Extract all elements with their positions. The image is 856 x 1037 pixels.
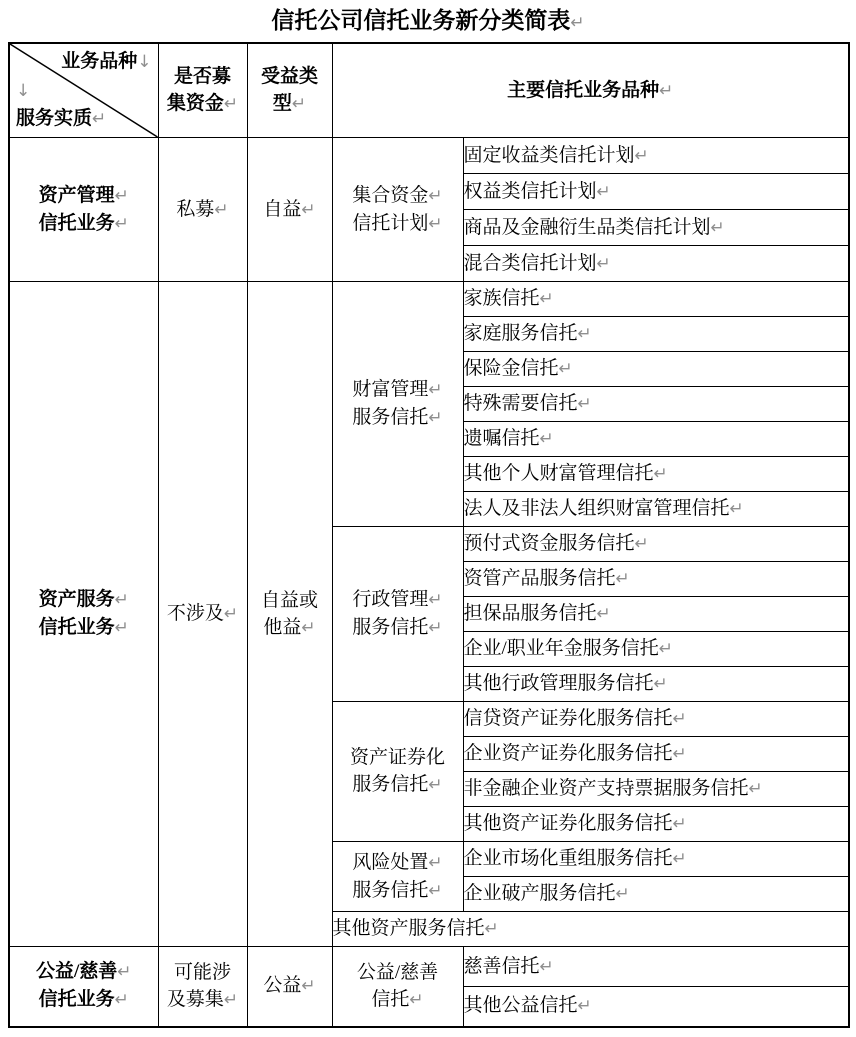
paragraph-mark: ↵ bbox=[428, 214, 442, 234]
item-cell: 预付式资金服务信托↵ bbox=[463, 527, 849, 562]
group-cell-asset-securitization: 资产证券化 服务信托↵ bbox=[332, 702, 463, 842]
header-fundraising: 是否募 集资金↵ bbox=[158, 43, 247, 138]
item-cell: 信贷资产证券化服务信托↵ bbox=[463, 702, 849, 737]
group-cell-risk-disposal: 风险处置↵ 服务信托↵ bbox=[332, 842, 463, 912]
fundraising-cell: 可能涉 及募集↵ bbox=[158, 947, 247, 1027]
paragraph-mark: ↵ bbox=[224, 604, 238, 624]
paragraph-mark: ↵ bbox=[540, 289, 554, 309]
paragraph-mark: ↵ bbox=[616, 884, 630, 904]
group-cell-wealth-management: 财富管理↵ 服务信托↵ bbox=[332, 282, 463, 527]
paragraph-mark: ↵ bbox=[115, 990, 129, 1010]
paragraph-mark: ↵ bbox=[224, 990, 238, 1010]
paragraph-mark: ↵ bbox=[428, 775, 442, 795]
corner-bottom-label: 服务实质↵ bbox=[16, 105, 106, 133]
paragraph-mark: ↵ bbox=[635, 146, 649, 166]
group-cell-charitable-trust: 公益/慈善 信托↵ bbox=[332, 947, 463, 1027]
item-cell: 慈善信托↵ bbox=[463, 947, 849, 987]
paragraph-mark: ↵ bbox=[115, 186, 129, 206]
paragraph-mark: ↵ bbox=[115, 618, 129, 638]
paragraph-mark: ↵ bbox=[570, 13, 584, 33]
benefit-type-cell: 自益或 他益↵ bbox=[247, 282, 332, 947]
item-cell: 其他资产证券化服务信托↵ bbox=[463, 807, 849, 842]
paragraph-mark: ↵ bbox=[428, 618, 442, 638]
paragraph-mark: ↵ bbox=[749, 779, 763, 799]
cell-other-asset-service-trust: 其他资产服务信托↵ bbox=[332, 912, 849, 947]
paragraph-mark: ↵ bbox=[578, 996, 592, 1016]
group-cell-administrative-service: 行政管理↵ 服务信托↵ bbox=[332, 527, 463, 702]
item-cell: 企业市场化重组服务信托↵ bbox=[463, 842, 849, 877]
paragraph-mark: ↵ bbox=[597, 604, 611, 624]
fundraising-cell: 不涉及↵ bbox=[158, 282, 247, 947]
header-row: 业务品种↓ ↓ 服务实质↵ 是否募 集资金↵ 受益类 型↵ 主要信托业务品种↵ bbox=[9, 43, 849, 138]
item-cell: 权益类信托计划↵ bbox=[463, 174, 849, 210]
document-title-text: 信托公司信托业务新分类简表 bbox=[271, 8, 570, 34]
paragraph-mark: ↵ bbox=[117, 962, 131, 982]
paragraph-mark: ↵ bbox=[635, 534, 649, 554]
paragraph-mark: ↵ bbox=[673, 744, 687, 764]
paragraph-mark: ↵ bbox=[673, 709, 687, 729]
item-cell: 其他行政管理服务信托↵ bbox=[463, 667, 849, 702]
paragraph-mark: ↵ bbox=[654, 464, 668, 484]
item-cell: 遗嘱信托↵ bbox=[463, 422, 849, 457]
paragraph-mark: ↵ bbox=[597, 182, 611, 202]
paragraph-mark: ↵ bbox=[428, 380, 442, 400]
fundraising-cell: 私募↵ bbox=[158, 138, 247, 282]
item-cell: 其他个人财富管理信托↵ bbox=[463, 457, 849, 492]
document-page: 信托公司信托业务新分类简表↵ 业务品种↓ ↓ 服务实质↵ 是否募 集资金↵ 受益… bbox=[0, 0, 856, 1037]
document-title: 信托公司信托业务新分类简表↵ bbox=[0, 0, 856, 37]
category-cell-charitable: 公益/慈善↵ 信托业务↵ bbox=[9, 947, 158, 1027]
line-break-mark: ↓ bbox=[137, 52, 151, 72]
header-benefit-type: 受益类 型↵ bbox=[247, 43, 332, 138]
paragraph-mark: ↵ bbox=[730, 499, 744, 519]
item-cell: 混合类信托计划↵ bbox=[463, 246, 849, 282]
paragraph-mark: ↵ bbox=[597, 254, 611, 274]
category-cell-asset-management: 资产管理↵ 信托业务↵ bbox=[9, 138, 158, 282]
item-cell: 非金融企业资产支持票据服务信托↵ bbox=[463, 772, 849, 807]
item-cell: 固定收益类信托计划↵ bbox=[463, 138, 849, 174]
paragraph-mark: ↵ bbox=[540, 429, 554, 449]
item-cell: 家族信托↵ bbox=[463, 282, 849, 317]
paragraph-mark: ↵ bbox=[301, 976, 315, 996]
category-cell-asset-service: 资产服务↵ 信托业务↵ bbox=[9, 282, 158, 947]
item-cell: 企业/职业年金服务信托↵ bbox=[463, 632, 849, 667]
table-row: 资产服务↵ 信托业务↵ 不涉及↵ 自益或 他益↵ 财富管理↵ 服务信托↵ 家族信… bbox=[9, 282, 849, 317]
item-cell: 保险金信托↵ bbox=[463, 352, 849, 387]
paragraph-mark: ↵ bbox=[428, 186, 442, 206]
paragraph-mark: ↵ bbox=[301, 618, 315, 638]
item-cell: 企业资产证券化服务信托↵ bbox=[463, 737, 849, 772]
paragraph-mark: ↵ bbox=[115, 590, 129, 610]
paragraph-mark: ↵ bbox=[485, 919, 499, 939]
item-cell: 商品及金融衍生品类信托计划↵ bbox=[463, 210, 849, 246]
classification-table: 业务品种↓ ↓ 服务实质↵ 是否募 集资金↵ 受益类 型↵ 主要信托业务品种↵ … bbox=[8, 42, 850, 1028]
paragraph-mark: ↵ bbox=[540, 957, 554, 977]
line-break-mark: ↓ bbox=[16, 82, 30, 100]
paragraph-mark: ↵ bbox=[428, 408, 442, 428]
item-cell: 特殊需要信托↵ bbox=[463, 387, 849, 422]
paragraph-mark: ↵ bbox=[673, 814, 687, 834]
table-row: 公益/慈善↵ 信托业务↵ 可能涉 及募集↵ 公益↵ 公益/慈善 信托↵ 慈善信托… bbox=[9, 947, 849, 987]
item-cell: 家庭服务信托↵ bbox=[463, 317, 849, 352]
paragraph-mark: ↵ bbox=[428, 590, 442, 610]
item-cell: 企业破产服务信托↵ bbox=[463, 877, 849, 912]
table-row: 资产管理↵ 信托业务↵ 私募↵ 自益↵ 集合资金↵ 信托计划↵ 固定收益类信托计… bbox=[9, 138, 849, 174]
paragraph-mark: ↵ bbox=[659, 639, 673, 659]
paragraph-mark: ↵ bbox=[292, 94, 306, 114]
corner-top-label: 业务品种↓ bbox=[61, 48, 151, 76]
benefit-type-cell: 公益↵ bbox=[247, 947, 332, 1027]
item-cell: 其他公益信托↵ bbox=[463, 987, 849, 1027]
item-cell: 资管产品服务信托↵ bbox=[463, 562, 849, 597]
paragraph-mark: ↵ bbox=[409, 990, 423, 1010]
paragraph-mark: ↵ bbox=[224, 94, 238, 114]
item-cell: 法人及非法人组织财富管理信托↵ bbox=[463, 492, 849, 527]
benefit-type-cell: 自益↵ bbox=[247, 138, 332, 282]
paragraph-mark: ↵ bbox=[559, 359, 573, 379]
paragraph-mark: ↵ bbox=[92, 109, 106, 129]
paragraph-mark: ↵ bbox=[659, 81, 673, 101]
header-main-products: 主要信托业务品种↵ bbox=[332, 43, 849, 138]
corner-header-cell: 业务品种↓ ↓ 服务实质↵ bbox=[9, 43, 158, 138]
paragraph-mark: ↵ bbox=[578, 394, 592, 414]
paragraph-mark: ↵ bbox=[115, 214, 129, 234]
paragraph-mark: ↵ bbox=[301, 200, 315, 220]
paragraph-mark: ↵ bbox=[711, 218, 725, 238]
paragraph-mark: ↵ bbox=[616, 569, 630, 589]
paragraph-mark: ↵ bbox=[428, 853, 442, 873]
item-cell: 担保品服务信托↵ bbox=[463, 597, 849, 632]
paragraph-mark: ↵ bbox=[214, 200, 228, 220]
group-cell-collective-fund-plan: 集合资金↵ 信托计划↵ bbox=[332, 138, 463, 282]
paragraph-mark: ↵ bbox=[654, 674, 668, 694]
paragraph-mark: ↵ bbox=[673, 849, 687, 869]
paragraph-mark: ↵ bbox=[578, 324, 592, 344]
paragraph-mark: ↵ bbox=[428, 881, 442, 901]
